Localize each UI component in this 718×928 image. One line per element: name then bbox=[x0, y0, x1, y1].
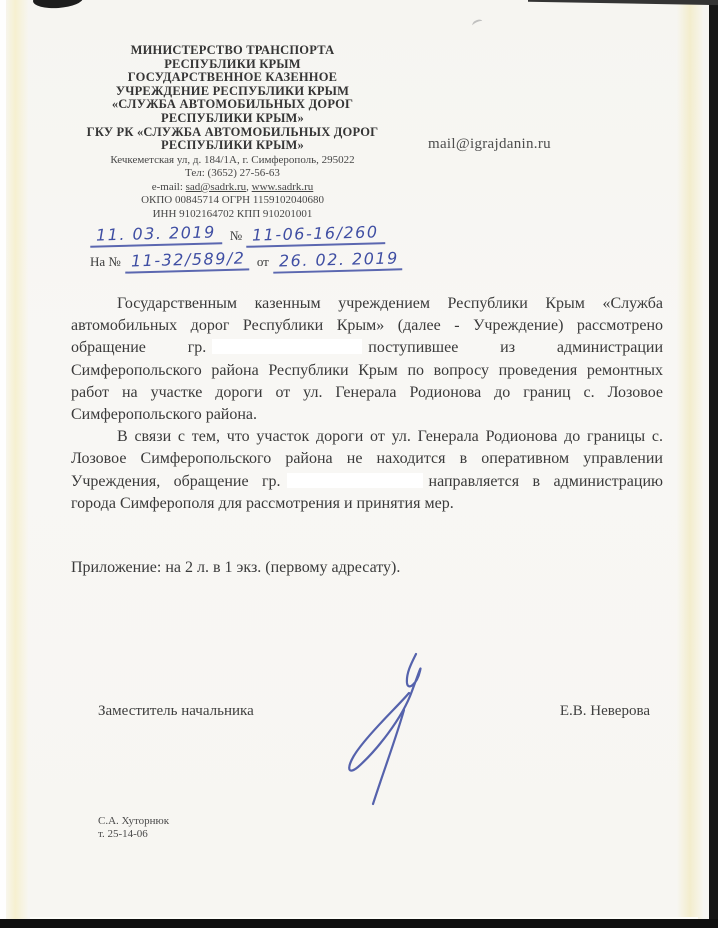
body-paragraph-2: В связи с тем, что участок дороги от ул.… bbox=[71, 426, 663, 515]
org-email-line: e-mail: sad@sadrk.ru, www.sadrk.ru bbox=[60, 181, 405, 194]
signer-position-title: Заместитель начальника bbox=[98, 703, 254, 720]
executor-phone: т. 25-14-06 bbox=[98, 828, 169, 841]
scan-right-dark-edge bbox=[709, 0, 718, 928]
redacted-name-box-1 bbox=[212, 339, 362, 354]
letterhead-org-name: МИНИСТЕРСТВО ТРАНСПОРТА РЕСПУБЛИКИ КРЫМ … bbox=[60, 44, 405, 153]
incoming-reference-row: На № 11-32/589/2 от 26. 02. 2019 bbox=[90, 250, 410, 272]
org-line: РЕСПУБЛИКИ КРЫМ» bbox=[60, 112, 405, 126]
reference-block: 11. 03. 2019 № 11-06-16/260 На № 11-32/5… bbox=[90, 224, 410, 276]
org-line: «СЛУЖБА АВТОМОБИЛЬНЫХ ДОРОГ bbox=[60, 98, 405, 112]
scan-right-cream-strip bbox=[677, 0, 703, 920]
org-line: УЧРЕЖДЕНИЕ РЕСПУБЛИКИ КРЫМ bbox=[60, 85, 405, 99]
org-email: sad@sadrk.ru bbox=[186, 181, 247, 193]
executor-name: С.А. Хуторнюк bbox=[98, 815, 169, 828]
org-phone: Тел: (3652) 27-56-63 bbox=[60, 167, 405, 180]
org-line: МИНИСТЕРСТВО ТРАНСПОРТА bbox=[60, 44, 405, 58]
outgoing-reference-row: 11. 03. 2019 № 11-06-16/260 bbox=[90, 224, 410, 246]
incoming-number-handwritten: 11-32/589/2 bbox=[125, 248, 250, 273]
email-label: e-mail: bbox=[152, 181, 186, 193]
reply-to-label: На № bbox=[90, 254, 125, 272]
org-inn-kpp: ИНН 9102164702 КПП 910201001 bbox=[60, 208, 405, 221]
scan-left-cream-strip bbox=[5, 0, 28, 920]
org-line: РЕСПУБЛИКИ КРЫМ bbox=[60, 58, 405, 72]
letter-body: Государственным казенным учреждением Рес… bbox=[71, 293, 663, 515]
outgoing-date-handwritten: 11. 03. 2019 bbox=[90, 222, 222, 247]
executor-block: С.А. Хуторнюк т. 25-14-06 bbox=[98, 815, 169, 841]
org-line: РЕСПУБЛИКИ КРЫМ» bbox=[60, 139, 405, 153]
body-paragraph-1: Государственным казенным учреждением Рес… bbox=[71, 293, 663, 426]
scan-top-left-shadow-blob bbox=[32, 0, 83, 10]
org-line: ГОСУДАРСТВЕННОЕ КАЗЕННОЕ bbox=[60, 71, 405, 85]
scan-bottom-dark-edge bbox=[0, 919, 718, 928]
outgoing-number-handwritten: 11-06-16/260 bbox=[246, 222, 385, 248]
signer-name: Е.В. Неверова bbox=[560, 703, 650, 720]
org-address: Кечкеметская ул, д. 184/1А, г. Симферопо… bbox=[60, 154, 405, 167]
scan-speck-artifact bbox=[471, 18, 484, 29]
redacted-name-box-2 bbox=[287, 473, 423, 488]
scanned-letter-page: МИНИСТЕРСТВО ТРАНСПОРТА РЕСПУБЛИКИ КРЫМ … bbox=[0, 0, 718, 928]
incoming-date-handwritten: 26. 02. 2019 bbox=[273, 248, 403, 273]
org-okpo-ogrn: ОКПО 00845714 ОГРН 1159102040680 bbox=[60, 194, 405, 207]
attachment-note: Приложение: на 2 л. в 1 экз. (первому ад… bbox=[71, 559, 400, 577]
number-sign-label: № bbox=[230, 228, 246, 246]
from-label: от bbox=[257, 254, 273, 272]
recipient-email: mail@igrajdanin.ru bbox=[428, 136, 551, 153]
org-website: www.sadrk.ru bbox=[252, 181, 314, 193]
handwritten-signature bbox=[330, 650, 450, 808]
letterhead-contact-block: Кечкеметская ул, д. 184/1А, г. Симферопо… bbox=[60, 154, 405, 221]
org-line: ГКУ РК «СЛУЖБА АВТОМОБИЛЬНЫХ ДОРОГ bbox=[60, 126, 405, 140]
scan-left-white-edge bbox=[0, 0, 6, 928]
